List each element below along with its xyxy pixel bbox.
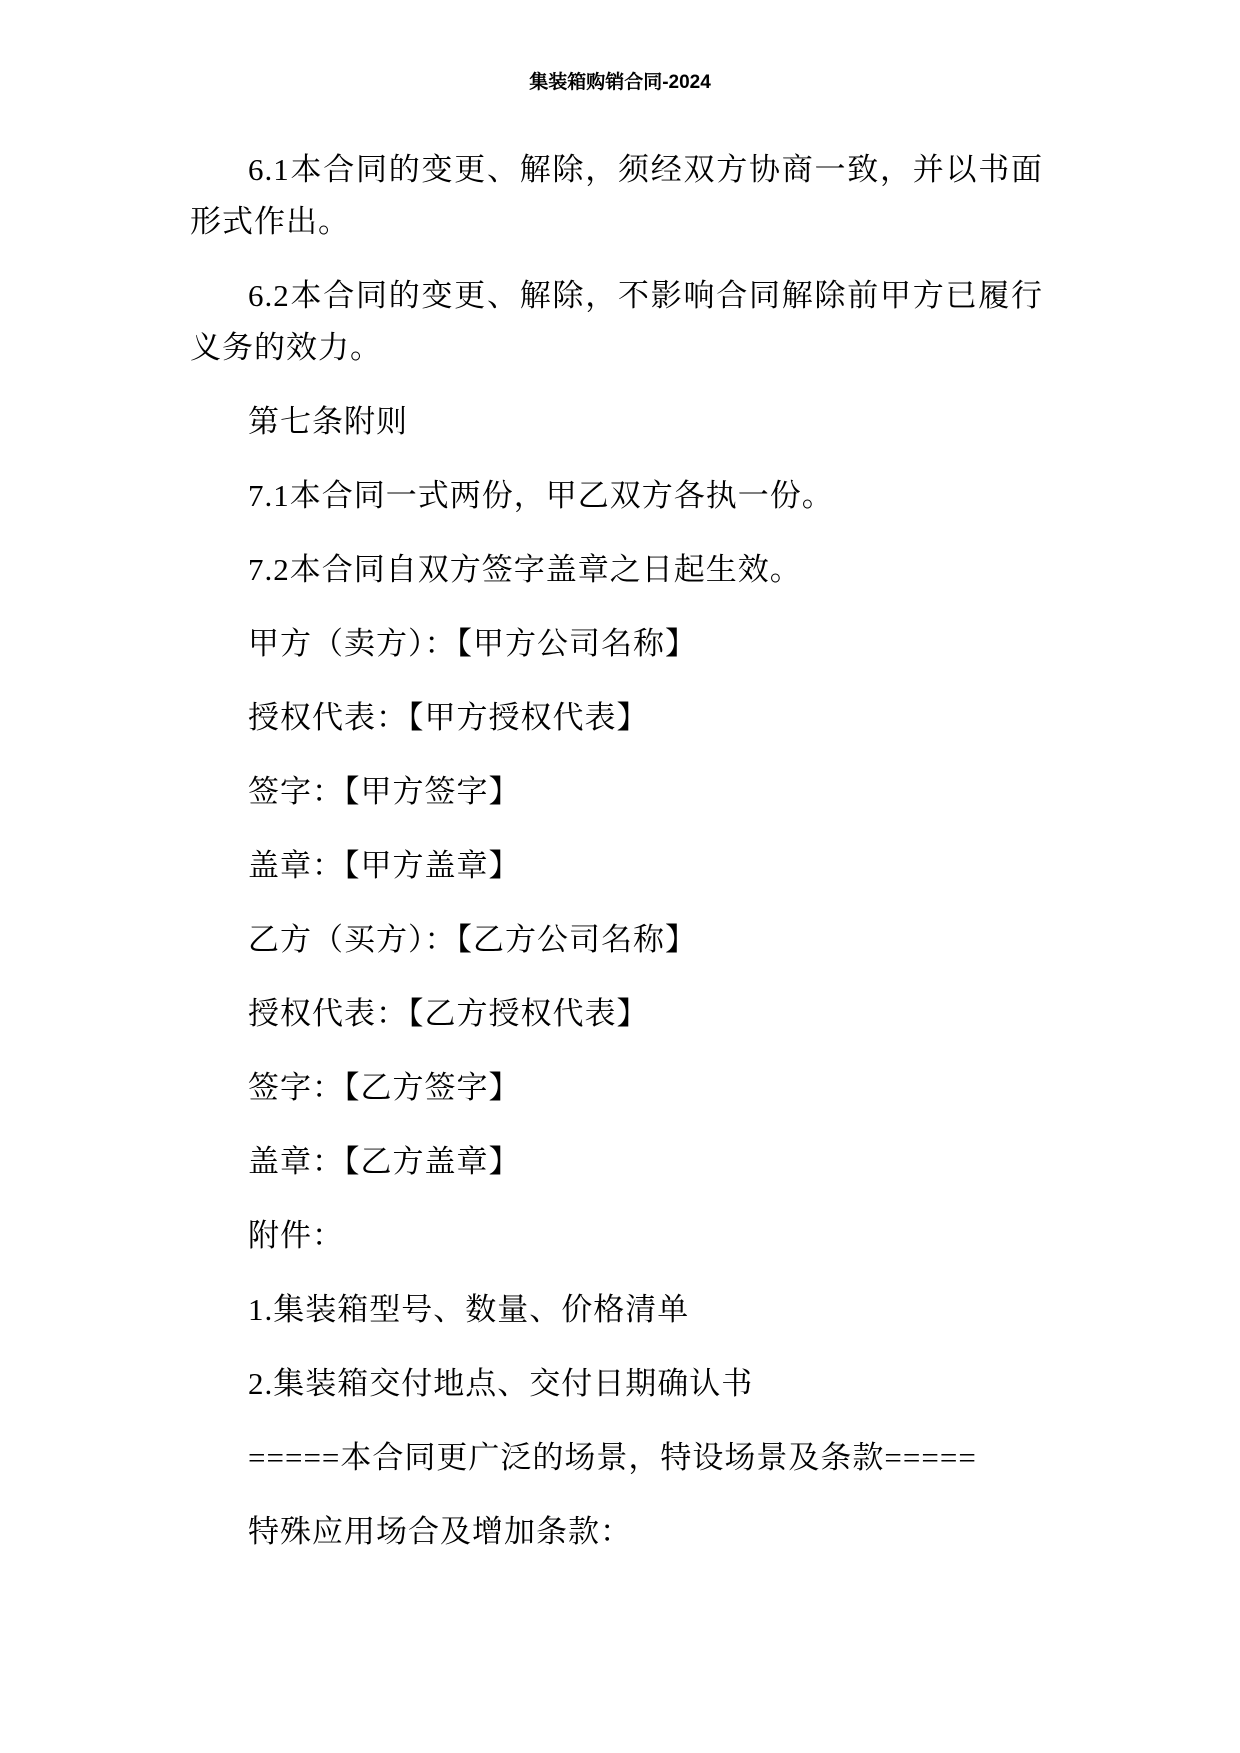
document-title: 集装箱购销合同-2024 xyxy=(0,0,1240,93)
clause-6-2: 6.2本合同的变更、解除，不影响合同解除前甲方已履行义务的效力。 xyxy=(190,270,1043,374)
party-b-seal-line: 盖章：【乙方盖章】 xyxy=(190,1136,1043,1188)
attachments-label: 附件： xyxy=(190,1210,1043,1262)
party-a-signature-line: 签字：【甲方签字】 xyxy=(190,766,1043,818)
clause-7-1: 7.1本合同一式两份，甲乙双方各执一份。 xyxy=(190,470,1043,522)
document-page: 集装箱购销合同-2024 6.1本合同的变更、解除，须经双方协商一致，并以书面形… xyxy=(0,0,1240,1753)
special-clauses-label: 特殊应用场合及增加条款： xyxy=(190,1506,1043,1558)
party-a-line: 甲方（卖方）：【甲方公司名称】 xyxy=(190,618,1043,670)
section-divider-line: =====本合同更广泛的场景，特设场景及条款===== xyxy=(190,1432,1043,1484)
attachment-item-1: 1.集装箱型号、数量、价格清单 xyxy=(190,1284,1043,1336)
clause-7-2: 7.2本合同自双方签字盖章之日起生效。 xyxy=(190,544,1043,596)
party-b-signature-line: 签字：【乙方签字】 xyxy=(190,1062,1043,1114)
party-b-line: 乙方（买方）：【乙方公司名称】 xyxy=(190,914,1043,966)
document-body: 6.1本合同的变更、解除，须经双方协商一致，并以书面形式作出。 6.2本合同的变… xyxy=(190,144,1043,1558)
clause-6-1: 6.1本合同的变更、解除，须经双方协商一致，并以书面形式作出。 xyxy=(190,144,1043,248)
party-a-representative-line: 授权代表：【甲方授权代表】 xyxy=(190,692,1043,744)
party-a-seal-line: 盖章：【甲方盖章】 xyxy=(190,840,1043,892)
attachment-item-2: 2.集装箱交付地点、交付日期确认书 xyxy=(190,1358,1043,1410)
article-7-heading: 第七条附则 xyxy=(190,396,1043,448)
party-b-representative-line: 授权代表：【乙方授权代表】 xyxy=(190,988,1043,1040)
